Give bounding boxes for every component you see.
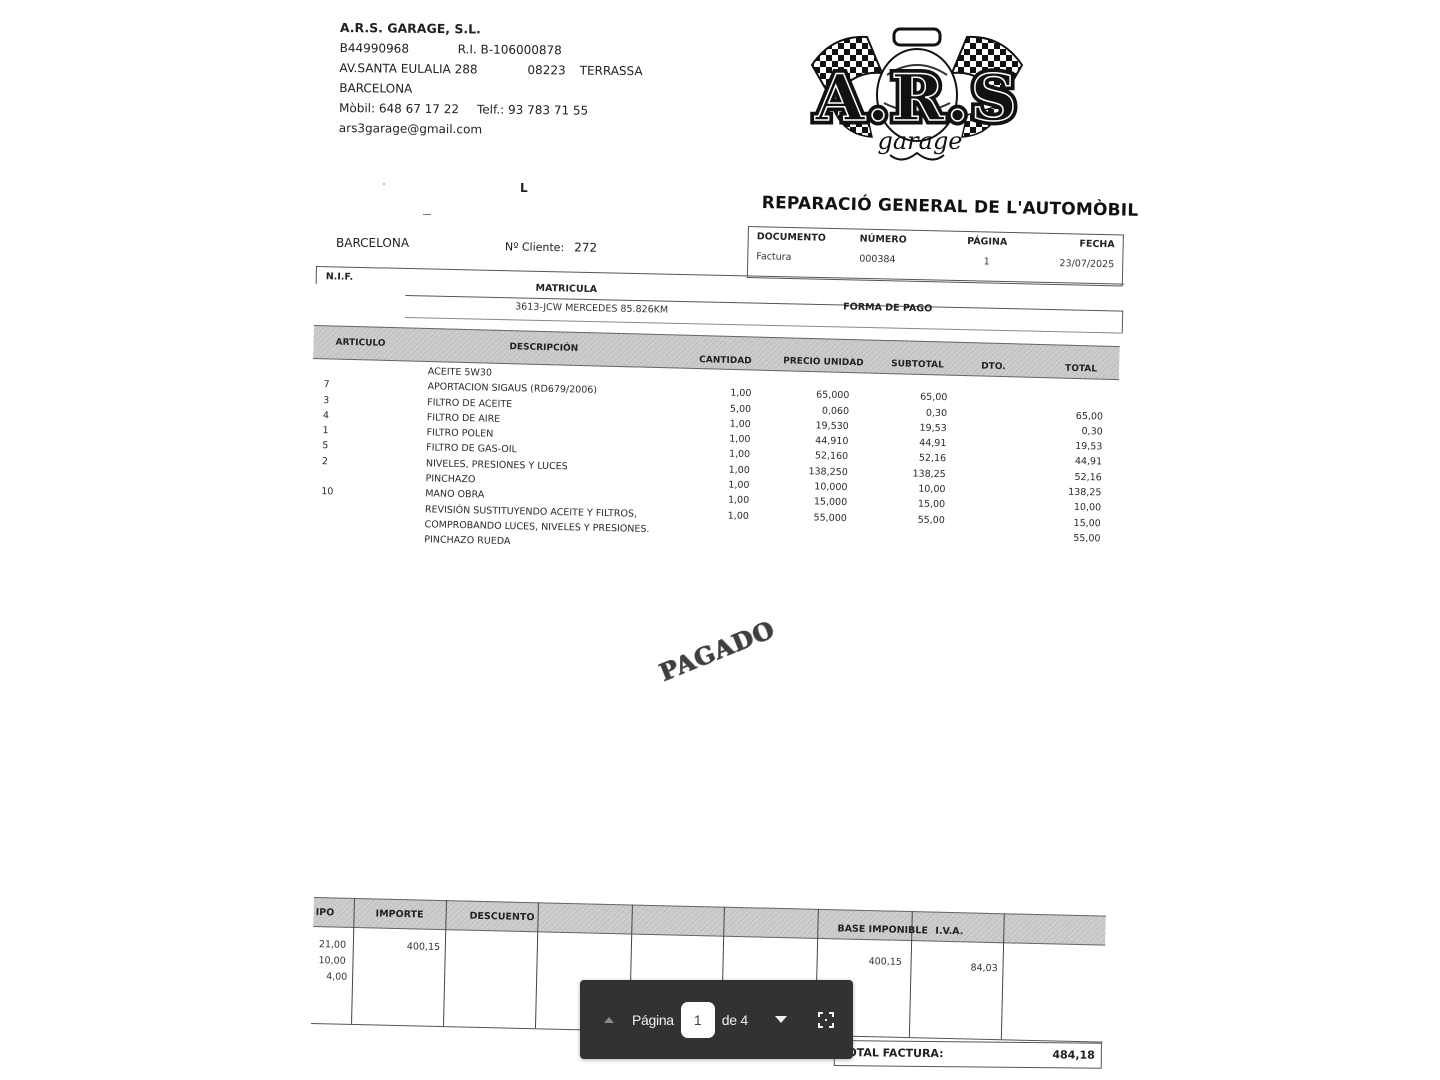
item-quantity: 1,00 [721,416,751,432]
item-description: PINCHAZO RUEDA [424,533,510,550]
item-total: 0,30 [1047,423,1103,439]
item-description: MANO OBRA [425,487,484,504]
fullscreen-icon[interactable] [818,1012,834,1028]
item-unit-price: 10,000 [785,479,847,496]
item-description: ACEITE 5W30 [428,364,492,381]
item-description: PINCHAZO [425,471,475,487]
item-quantity: 1,00 [720,462,750,478]
pdf-page: A.R.S. GARAGE, S.L. B44990968R.I. B-1060… [0,0,1440,1080]
company-ri: R.I. B-106000878 [458,39,562,60]
col-precio-unidad: PRECIO UNIDAD [783,356,864,368]
client-number-label: Nº Cliente: [505,240,564,254]
client-city: BARCELONA [336,236,409,250]
item-total: 10,00 [1045,500,1101,516]
paid-stamp: PAGADO [655,614,779,687]
items-table-body: ACEITE 5W307APORTACION SIGAUS (RD679/200… [314,362,1118,562]
item-total: 138,25 [1045,484,1101,500]
item-quantity: 1,00 [719,493,749,509]
client-initial: L [520,181,528,195]
item-quantity [718,539,748,540]
item-unit-price: 52,160 [786,448,848,465]
document-page: 1 [944,255,1029,268]
item-quantity: 1,00 [720,432,750,448]
item-quantity: 1,00 [719,508,749,524]
triangle-up-icon[interactable] [602,1013,616,1027]
company-phone: Telf.: 93 783 71 55 [477,99,588,120]
client-number: Nº Cliente:272 [505,239,597,255]
item-quantity: 1,00 [721,386,751,402]
col-base-imponible: BASE IMPONIBLE [837,923,928,936]
company-mobile: Mòbil: 648 67 17 22 [339,98,477,119]
document-info-values: Factura 000384 1 23/07/2025 [756,251,1114,270]
item-unit-price: 55,000 [785,509,847,526]
item-subtotal: 55,00 [895,512,945,528]
page-number-input[interactable] [681,1002,715,1038]
document-headline: REPARACIÓ GENERAL DE L'AUTOMÒBIL [762,193,1139,221]
item-unit-price: 44,910 [786,433,848,450]
tax-rate-1: 21,00 [319,939,346,951]
item-total [1048,377,1104,378]
col-importe: IMPORTE [375,908,423,920]
invoice-total-value: 484,18 [1052,1048,1095,1061]
ars-garage-logo: A.R.S A.R.S garage [772,25,1062,167]
page-label: Página [632,1012,674,1028]
item-total: 55,00 [1044,530,1100,546]
item-article: 3 [323,393,329,408]
col-descuento: DESCUENTO [469,911,534,924]
item-total: 52,16 [1046,469,1102,485]
item-quantity: 1,00 [719,478,749,494]
company-cif: B44990968 [340,38,458,59]
document-info-headers: DOCUMENTO NÚMERO PÁGINA FECHA [757,231,1115,250]
header-pagina: PÁGINA [945,235,1030,248]
svg-text:A.R.S: A.R.S [814,61,1019,136]
item-subtotal: 0,30 [897,405,947,421]
item-total [1044,546,1100,547]
document-type: Factura [756,251,841,264]
item-description: FILTRO DE ACEITE [427,395,512,412]
svg-text:garage: garage [877,127,962,155]
item-unit-price: 65,000 [787,387,849,404]
scan-dash [423,214,431,215]
item-subtotal: 10,00 [895,481,945,497]
col-total: TOTAL [1065,364,1097,375]
item-total: 44,91 [1046,454,1102,470]
item-unit-price: 0,060 [787,402,849,419]
item-subtotal: 19,53 [897,420,947,436]
col-articulo: ARTICULO [335,338,385,349]
payment-method-label: FORMA DE PAGO [843,302,932,315]
company-province: BARCELONA [339,78,412,99]
company-email: ars3garage@gmail.com [339,118,482,139]
item-unit-price: 15,000 [785,494,847,511]
item-quantity: 1,00 [720,447,750,463]
item-article: 7 [323,377,329,392]
item-article: 5 [322,439,328,454]
item-total: 19,53 [1046,438,1102,454]
company-address: AV.SANTA EULALIA 288 [339,58,527,80]
item-article: 2 [322,454,328,469]
item-unit-price: 138,250 [786,464,848,481]
item-article: 4 [323,408,329,423]
company-info: A.R.S. GARAGE, S.L. B44990968R.I. B-1060… [339,18,670,141]
item-subtotal: 65,00 [897,389,947,405]
item-subtotal: 138,25 [896,466,946,482]
item-quantity [722,370,752,371]
header-numero: NÚMERO [842,233,945,246]
invoice-total-label: TOTAL FACTURA: [840,1046,944,1060]
item-total: 65,00 [1047,408,1103,424]
pdf-page-navigator: Página de 4 [580,980,853,1059]
nif-label: N.I.F. [326,271,354,283]
triangle-down-icon[interactable] [774,1013,788,1027]
iva-value: 84,03 [970,962,997,974]
document-number: 000384 [841,253,944,266]
item-quantity: 5,00 [721,401,751,417]
col-dto: DTO. [981,361,1006,372]
item-subtotal: 44,91 [896,435,946,451]
company-postal-code: 08223 [527,60,565,80]
client-number-value: 272 [574,240,597,254]
item-article: 1 [322,423,328,438]
header-fecha: FECHA [1030,237,1115,250]
item-description: FILTRO POLEN [426,425,493,442]
totals-table-header [313,897,1105,946]
item-total: 15,00 [1045,515,1101,531]
item-total [1048,393,1104,394]
col-cantidad: CANTIDAD [699,355,752,366]
company-town: TERRASSA [580,61,643,82]
invoice-total-box: TOTAL FACTURA: 484,18 [834,1040,1102,1069]
matricula-label: MATRICULA [535,283,597,295]
base-imponible-value: 400,15 [869,956,902,968]
item-unit-price [785,525,847,526]
scan-speck [383,183,385,185]
item-subtotal [894,542,944,543]
col-subtotal: SUBTOTAL [891,359,944,370]
item-subtotal [898,374,948,375]
col-iva: I.V.A. [935,926,963,938]
document-date: 23/07/2025 [1029,257,1114,270]
header-documento: DOCUMENTO [757,231,842,244]
item-unit-price [784,540,846,541]
item-quantity [719,523,749,524]
item-unit-price [788,372,850,373]
item-subtotal [895,527,945,528]
item-unit-price: 19,530 [787,418,849,435]
col-descripcion: DESCRIPCIÓN [509,342,578,354]
item-subtotal: 52,16 [896,451,946,467]
page-count-label: de 4 [722,1012,748,1028]
item-article: 10 [321,484,333,500]
matricula-value: 3613-JCW MERCEDES 85.826KM [515,301,668,315]
importe-value: 400,15 [407,941,440,953]
item-description: FILTRO DE AIRE [427,410,501,427]
tax-rate-2: 10,00 [318,955,345,967]
col-tipo: IPO [316,907,335,918]
tax-rate-3: 4,00 [326,971,347,982]
item-subtotal: 15,00 [895,496,945,512]
